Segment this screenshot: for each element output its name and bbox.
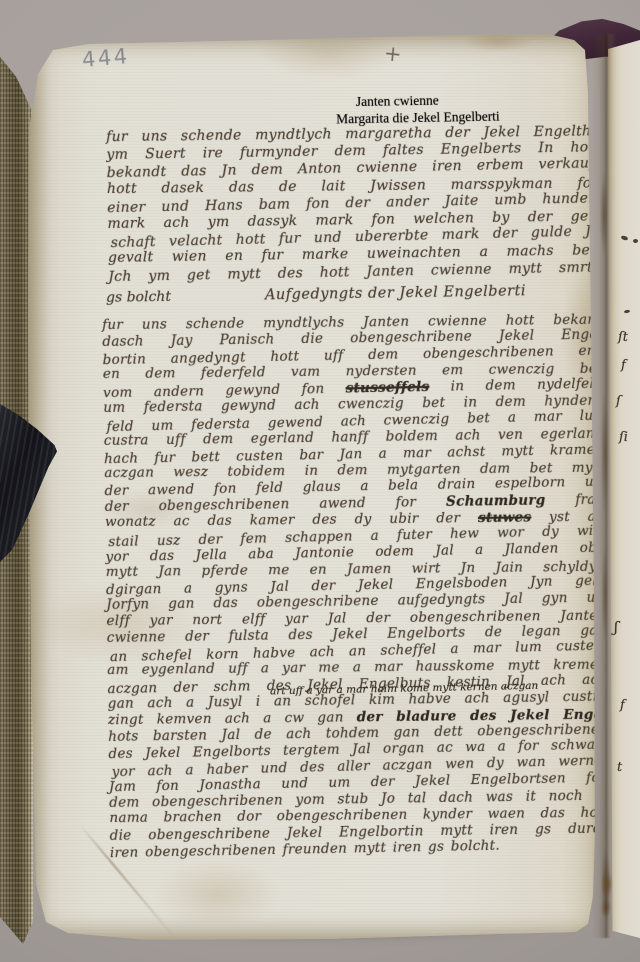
struck-word: stusseffels bbox=[346, 379, 430, 397]
ink-mark: ſ bbox=[616, 394, 621, 409]
record-heading: Janten cwienne Margarita die Jekel Engel… bbox=[336, 91, 500, 128]
overwritten-word: Schaumburg bbox=[446, 492, 546, 509]
ink-mark: f bbox=[620, 698, 625, 713]
folio-number: 444 bbox=[81, 44, 131, 72]
manuscript-page: 444 + Janten cwienne Margarita die Jekel… bbox=[28, 34, 610, 940]
ink-mark: ſt bbox=[618, 330, 628, 345]
ink-mark: ſi bbox=[619, 430, 628, 445]
subheading: Aufgedyngts der Jekel Engelberti bbox=[265, 283, 526, 303]
photograph-background: ſtfſſiʃft 444 + Janten cwienne Margarita… bbox=[0, 0, 640, 962]
paragraph-1-closing: gs bolcht bbox=[106, 289, 171, 306]
paragraph-1-closing-line: gs bolchtAufgedyngts der Jekel Engelbert… bbox=[106, 282, 600, 306]
overwritten-word: der bladure des Jekel Engel bbox=[357, 706, 608, 725]
paragraph-1: fur uns schende myndtlych margaretha der… bbox=[106, 122, 602, 284]
paragraph-2: fur uns schende myndtlychs Janten cwienn… bbox=[102, 311, 610, 861]
ink-mark: f bbox=[621, 358, 626, 373]
gutter-sewing-blob bbox=[596, 868, 618, 924]
collation-cross-mark: + bbox=[383, 41, 403, 67]
book-gutter-shadow bbox=[592, 34, 616, 938]
ink-speck bbox=[633, 239, 638, 243]
ink-mark: t bbox=[617, 760, 622, 775]
